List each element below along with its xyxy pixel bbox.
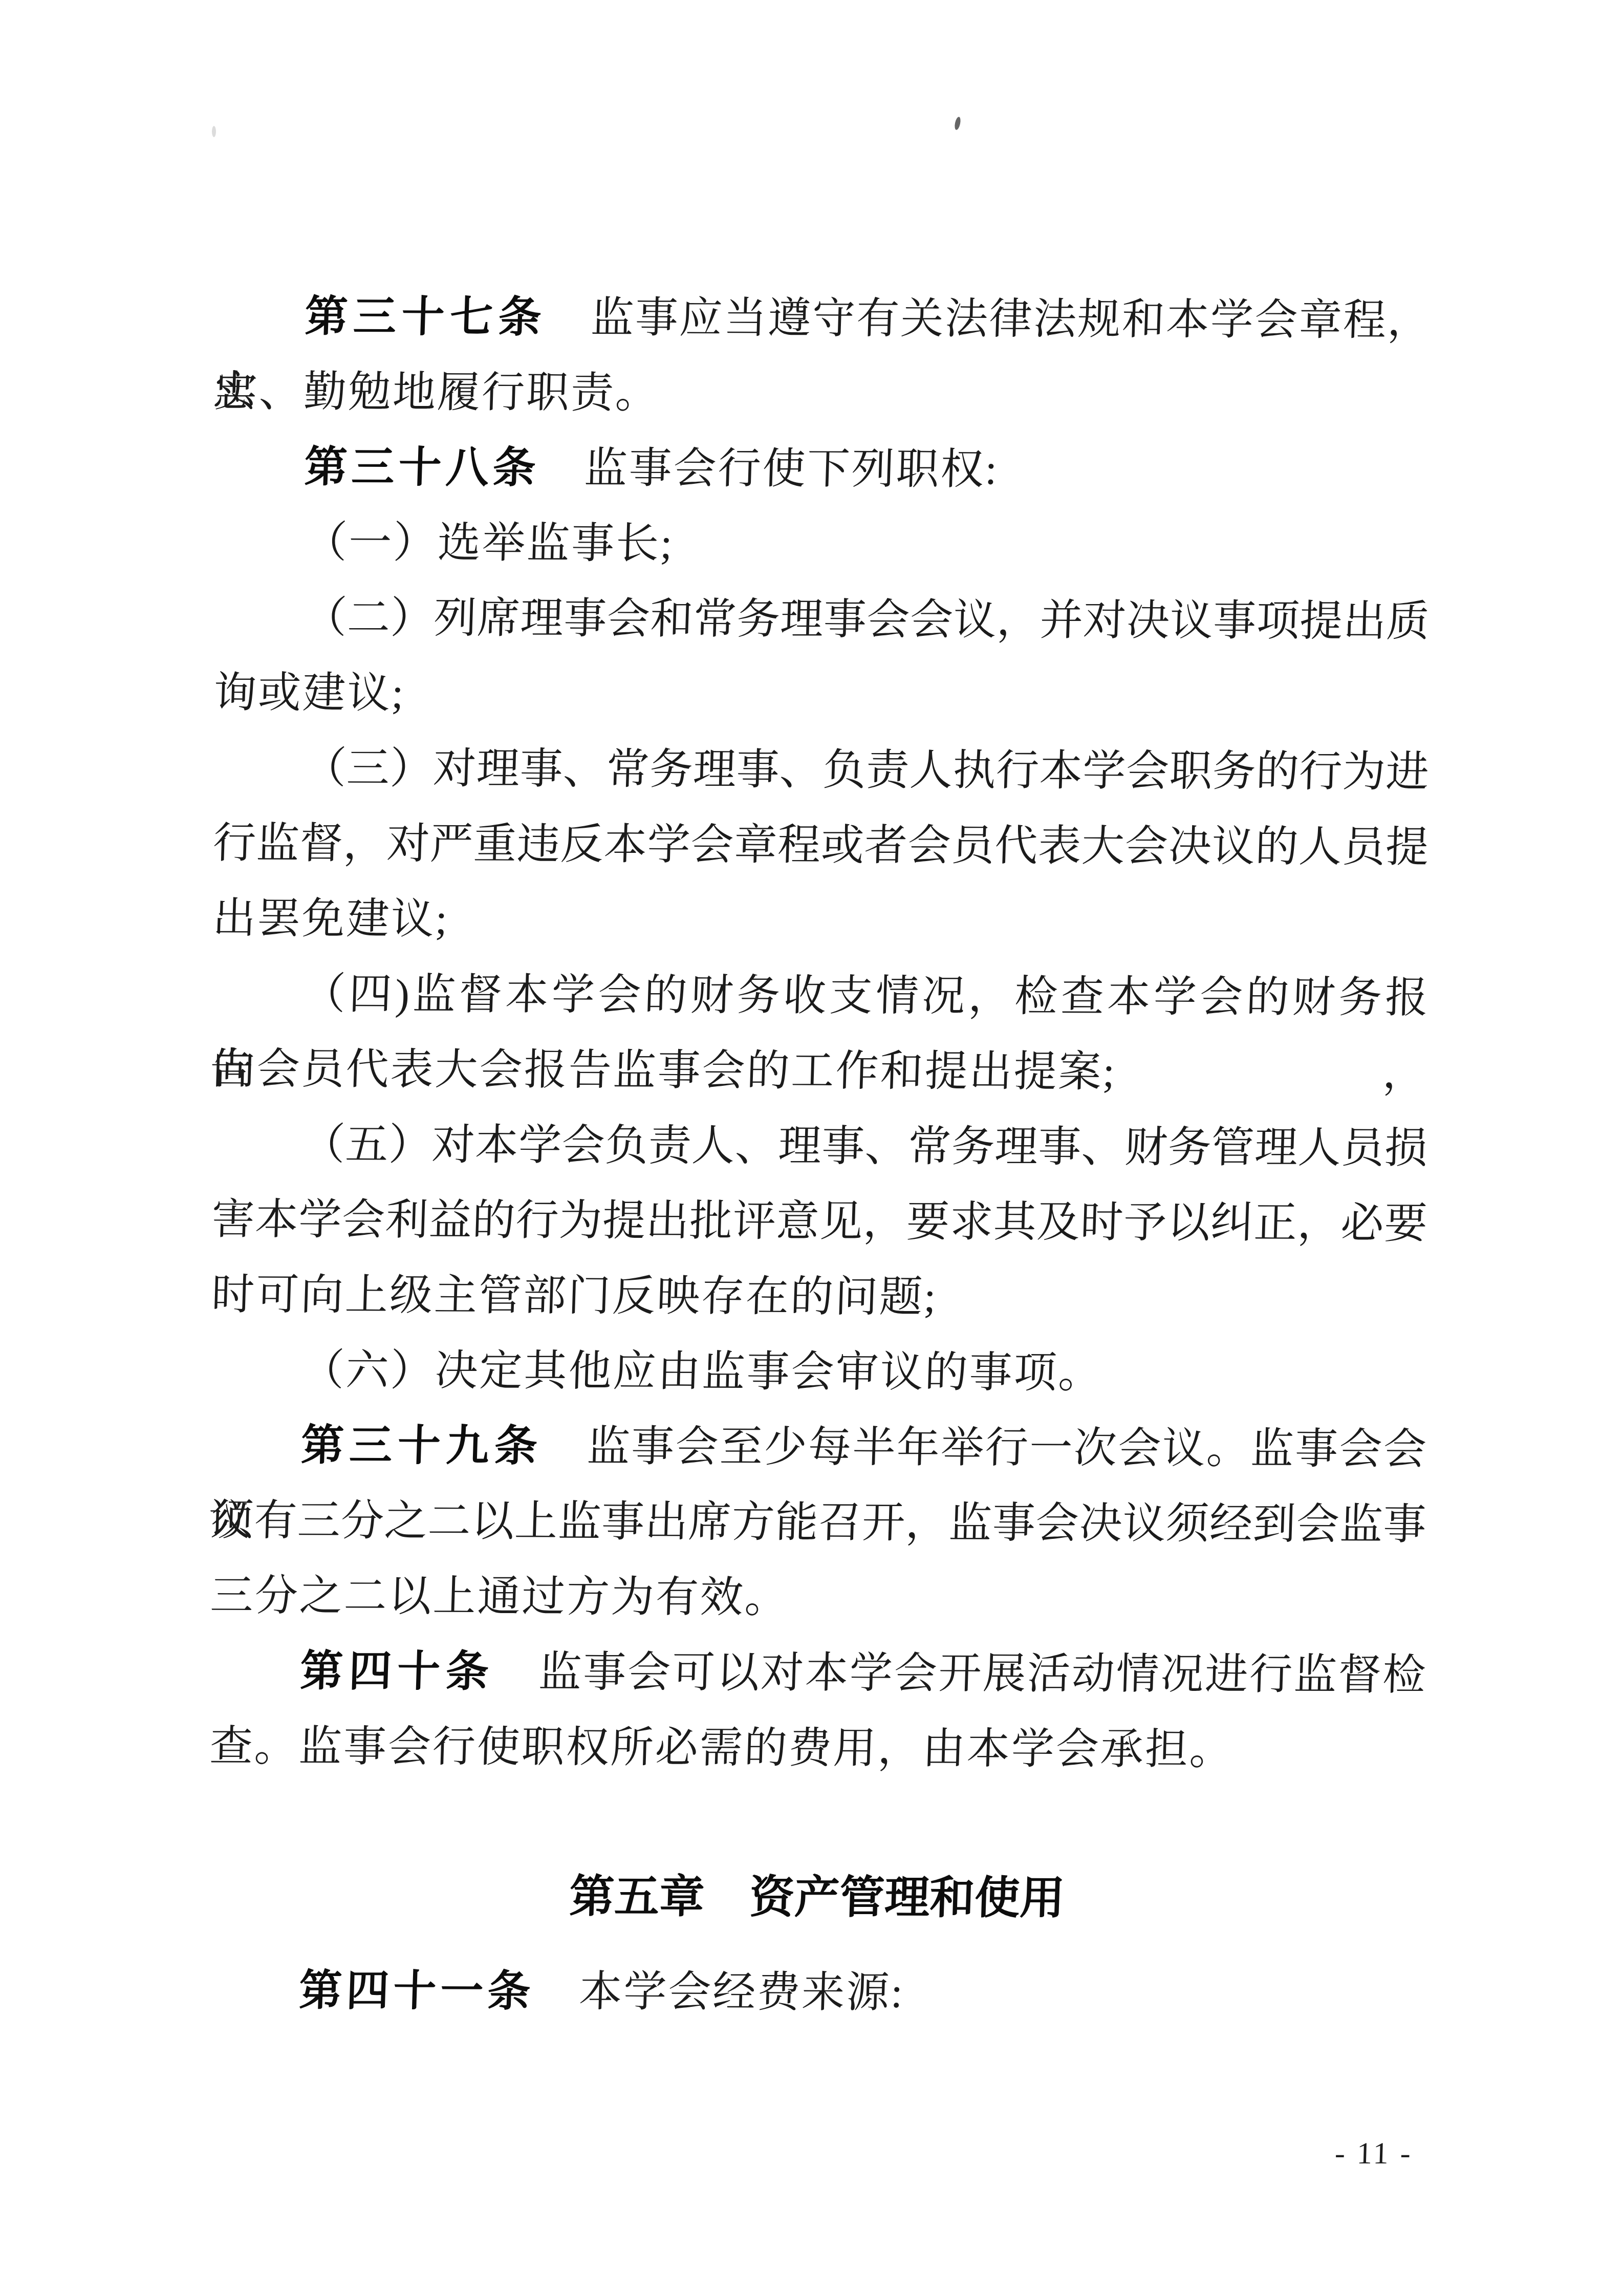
- page-number: - 11 -: [1334, 2138, 1413, 2169]
- article-number: 第三十九条: [300, 1421, 544, 1470]
- text-line: 出罢免建议;: [211, 881, 1430, 960]
- line-text: 本学会经费来源:: [534, 1968, 905, 2017]
- text-line: 时可向上级主管部门反映存在的问题;: [210, 1257, 1428, 1336]
- document-page: 第三十七条 监事应当遵守有关法律法规和本学会章程，忠 实、勤勉地履行职责。 第三…: [209, 278, 1431, 2032]
- text-line: 向会员代表大会报告监事会的工作和提出提案;: [211, 1031, 1429, 1110]
- text-line: （六）决定其他应由监事会审议的事项。: [210, 1332, 1428, 1411]
- text-line: （五）对本学会负责人、理事、常务理事、财务管理人员损: [211, 1106, 1429, 1186]
- line-text: （一）选举监事长;: [304, 519, 675, 568]
- line-text: 向会员代表大会报告监事会的工作和提出提案;: [211, 1045, 1117, 1096]
- article-number: 第四十一条: [298, 1966, 535, 2015]
- line-text: 监事会可以对本学会开展活动情况进行监督检: [493, 1648, 1426, 1699]
- line-text: 查。监事会行使职权所必需的费用，由本学会承担。: [209, 1723, 1235, 1774]
- line-text: 询或建议;: [213, 669, 406, 717]
- line-text: （五）对本学会负责人、理事、常务理事、财务管理人员损: [301, 1121, 1428, 1173]
- article-number: 第四十条: [299, 1647, 495, 1696]
- line-text: 行监督，对严重违反本学会章程或者会员代表大会决议的人员提: [212, 820, 1430, 871]
- text-line: 实、勤勉地履行职责。: [213, 354, 1432, 433]
- text-line: （二）列席理事会和常务理事会会议，并对决议事项提出质: [212, 580, 1431, 659]
- text-line: 害本学会利益的行为提出批评意见，要求其及时予以纠正，必要: [210, 1182, 1428, 1261]
- scan-speck: [954, 116, 961, 131]
- article-number: 第三十八条: [304, 443, 540, 492]
- text-line: 三分之二以上通过方为有效。: [209, 1558, 1427, 1637]
- line-text: 须有三分之二以上监事出席方能召开，监事会决议须经到会监事: [210, 1497, 1427, 1549]
- chapter-heading: 第五章 资产管理和使用: [208, 1857, 1426, 1937]
- line-text: 出罢免建议;: [212, 895, 449, 943]
- text-line: 须有三分之二以上监事出席方能召开，监事会决议须经到会监事: [209, 1483, 1427, 1562]
- text-line: （一）选举监事长;: [213, 504, 1431, 584]
- scan-speck: [212, 126, 216, 137]
- text-line: 第三十七条 监事应当遵守有关法律法规和本学会章程，忠: [213, 278, 1432, 358]
- text-line: 第三十八条 监事会行使下列职权:: [213, 429, 1431, 508]
- text-line: 查。监事会行使职权所必需的费用，由本学会承担。: [209, 1708, 1427, 1788]
- line-text: （三）对理事、常务理事、负责人执行本学会职务的行为进: [302, 745, 1430, 797]
- line-text: （六）决定其他应由监事会审议的事项。: [300, 1347, 1103, 1397]
- text-line: 第四十条 监事会可以对本学会开展活动情况进行监督检: [209, 1633, 1427, 1712]
- line-text: （二）列席理事会和常务理事会会议，并对决议事项提出质: [303, 594, 1430, 646]
- line-text: 监事会行使下列职权:: [539, 444, 999, 493]
- article-number: 第三十七条: [304, 292, 547, 341]
- line-text: 害本学会利益的行为提出批评意见，要求其及时予以纠正，必要: [211, 1196, 1428, 1248]
- line-text: 实、勤勉地履行职责。: [214, 368, 661, 417]
- text-line: 第三十九条 监事会至少每半年举行一次会议。监事会会议: [210, 1407, 1428, 1487]
- line-text: 三分之二以上通过方为有效。: [210, 1572, 790, 1622]
- text-line: （四)监督本学会的财务收支情况，检查本学会的财务报告，: [211, 956, 1430, 1035]
- text-line: 询或建议;: [212, 655, 1431, 734]
- line-text: 时可向上级主管部门反映存在的问题;: [211, 1271, 938, 1321]
- text-line: 第四十一条 本学会经费来源:: [208, 1952, 1426, 2032]
- text-line: 行监督，对严重违反本学会章程或者会员代表大会决议的人员提: [212, 805, 1430, 885]
- text-line: （三）对理事、常务理事、负责人执行本学会职务的行为进: [212, 730, 1430, 809]
